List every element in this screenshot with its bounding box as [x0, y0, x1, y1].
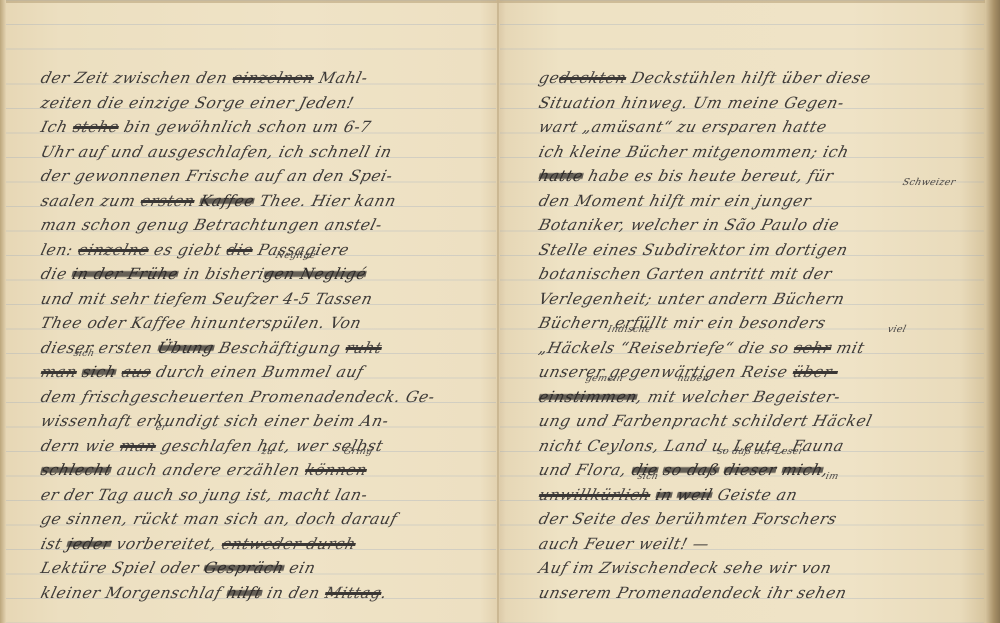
struck-word: sehr [792, 339, 833, 357]
line-text: auch Feuer weilt! — [537, 535, 712, 553]
struck-word: ruht [344, 339, 385, 357]
left-page-text: der Zeit zwischen den einzelnen Mahl-zei… [6, 66, 496, 605]
line-text: ung und Farbenpracht schildert Häckel [537, 412, 874, 430]
struck-word: ersten [139, 192, 197, 210]
interlinear-insertion: zu [260, 447, 274, 457]
handwritten-line: und mit sehr tiefem Seufzer 4-5 Tassen [6, 287, 502, 312]
handwritten-line: unserer gegenwärtigen Reise über- [500, 360, 990, 385]
line-text: in bisheri [176, 265, 266, 283]
line-text: ein [282, 559, 318, 577]
handwritten-line: wissenhaft erkundigt sich einer beim An- [6, 409, 502, 434]
struck-word: einzelnen [231, 69, 316, 87]
handwritten-line: man sich aus durch einen Bummel aufsich [6, 360, 502, 385]
scribbled-out-word: Kaffee [198, 192, 257, 210]
scribbled-out-word: weil [675, 486, 714, 504]
line-text: den Moment hilft mir ein junger [537, 192, 813, 210]
scribbled-out-word: schlecht [39, 461, 114, 479]
line-text: habe es bis heute bereut, für [581, 167, 836, 185]
right-page: gedeckten Deckstühlen hilft über dieseSi… [500, 0, 984, 623]
line-text: es giebt [147, 241, 230, 259]
left-page: der Zeit zwischen den einzelnen Mahl-zei… [6, 0, 496, 623]
line-text: in den [259, 584, 327, 602]
line-text: mit [829, 339, 867, 357]
struck-word: unwillkürlich [537, 486, 653, 504]
line-text: ge sinnen, rückt man sich an, doch darau… [39, 510, 399, 528]
interlinear-insertion: so daß der Leser [716, 447, 804, 457]
line-text: und Flora, [537, 461, 634, 479]
line-text: Geiste an [710, 486, 799, 504]
handwritten-line: ist jeder vorbereitet, entweder durch [6, 532, 502, 557]
struck-word: entweder durch [220, 535, 358, 553]
handwritten-line: ung und Farbenpracht schildert Häckel [500, 409, 990, 434]
line-text: und mit sehr tiefem Seufzer 4-5 Tassen [39, 290, 375, 308]
handwritten-line: botanischen Garten antritt mit der [500, 262, 990, 287]
struck-word: einzelne [76, 241, 151, 259]
struck-word: deckten [557, 69, 628, 87]
handwritten-line: unserem Promenadendeck ihr sehen [500, 581, 990, 606]
handwritten-line: saalen zum ersten Kaffee Thee. Hier kann [6, 189, 502, 214]
line-text: dem frischgescheuerten Promenadendeck. G… [39, 388, 437, 406]
handwritten-line: Uhr auf und ausgeschlafen, ich schnell i… [6, 140, 502, 165]
handwritten-line: er der Tag auch so jung ist, macht lan- [6, 483, 502, 508]
interlinear-insertion: gemein [584, 374, 624, 384]
line-text: ich kleine Bücher mitgenommen; ich [537, 143, 851, 161]
scribbled-out-word: in der Frühe [70, 265, 180, 283]
handwritten-line: Lektüre Spiel oder Gespräch ein [6, 556, 502, 581]
interlinear-insertion: sich [72, 349, 95, 359]
line-text: dieser ersten [39, 339, 160, 357]
struck-word: über- [791, 363, 840, 381]
struck-word: stehe [71, 118, 121, 136]
handwritten-line: kleiner Morgenschlaf hilft in den Mittag… [6, 581, 502, 606]
line-text: der Zeit zwischen den [39, 69, 235, 87]
line-text: Botaniker, welcher in São Paulo die [537, 216, 842, 234]
handwritten-line: Verlegenheit; unter andern Büchern [500, 287, 990, 312]
scribbled-out-word: hatte [537, 167, 585, 185]
handwritten-line: „Häckels “Reisebriefe“ die so sehr mitIn… [500, 336, 990, 361]
handwritten-line: schlecht auch andere erzählen könnenzuGr… [6, 458, 502, 483]
interlinear-insertion: sich [636, 472, 659, 482]
handwritten-line: wart „amüsant“ zu ersparen hatte [500, 115, 990, 140]
interlinear-insertion: haben [676, 374, 710, 384]
struck-word: können [303, 461, 369, 479]
interlinear-insertion: Indische [606, 325, 652, 335]
line-text: durch einen Bummel auf [149, 363, 366, 381]
line-text: Situation hinweg. Um meine Gegen- [537, 94, 846, 112]
handwritten-line: der Seite des berühmten Forschers [500, 507, 990, 532]
interlinear-insertion: Schweizer [901, 178, 956, 188]
interlinear-insertion: Negligé [274, 251, 316, 261]
scribbled-out-word: gen Negligé [262, 265, 369, 283]
handwritten-line: und Flora, die so daß dieser mich,so daß… [500, 458, 990, 483]
line-text: kleiner Morgenschlaf [39, 584, 229, 602]
handwritten-line: ich kleine Bücher mitgenommen; ich [500, 140, 990, 165]
scribbled-out-word: Übung [156, 339, 216, 357]
handwritten-line: dern wie man geschlafen hat, wer selbste… [6, 434, 502, 459]
line-text: wart „amüsant“ zu ersparen hatte [537, 118, 829, 136]
line-text: er der Tag auch so jung ist, macht lan- [39, 486, 370, 504]
line-text: vorbereitet, [109, 535, 224, 553]
handwritten-line: unwillkürlich in weil Geiste ansichim [500, 483, 990, 508]
struck-word: Mittag [323, 584, 384, 602]
line-text: Uhr auf und ausgeschlafen, ich schnell i… [39, 143, 394, 161]
line-text: Beschäftigung [212, 339, 349, 357]
handwritten-line: Thee oder Kaffee hinunterspülen. Von [6, 311, 502, 336]
handwritten-line: Stelle eines Subdirektor im dortigen [500, 238, 990, 263]
line-text: Lektüre Spiel oder [39, 559, 207, 577]
interlinear-insertion: viel [886, 325, 907, 335]
handwritten-line: dem frischgescheuerten Promenadendeck. G… [6, 385, 502, 410]
scribbled-out-word: dieser [722, 461, 779, 479]
line-text: zeiten die einzige Sorge einer Jeden! [39, 94, 356, 112]
handwritten-line: ge sinnen, rückt man sich an, doch darau… [6, 507, 502, 532]
line-text: auch andere erzählen [109, 461, 307, 479]
line-text: unserem Promenadendeck ihr sehen [537, 584, 849, 602]
line-text: „Häckels [537, 339, 623, 357]
line-text: len: [39, 241, 81, 259]
line-text: , mit welcher Begeister- [635, 388, 843, 406]
line-text: Thee. Hier kann [252, 192, 398, 210]
scribbled-out-word: mich [780, 461, 825, 479]
line-text: dern wie [39, 437, 123, 455]
right-page-text: gedeckten Deckstühlen hilft über dieseSi… [500, 66, 984, 605]
line-text: Verlegenheit; unter andern Büchern [537, 290, 847, 308]
scribbled-out-word: so daß [661, 461, 721, 479]
interlinear-insertion: er [154, 423, 167, 433]
line-text: Auf im Zwischendeck sehe wir von [537, 559, 834, 577]
handwritten-line: auch Feuer weilt! — [500, 532, 990, 557]
line-text: Mahl- [312, 69, 370, 87]
scribbled-out-word: sich [80, 363, 118, 381]
line-text: man schon genug Betrachtungen anstel- [39, 216, 384, 234]
handwritten-line: die in der Frühe in bisherigen NegligéNe… [6, 262, 502, 287]
handwritten-line: man schon genug Betrachtungen anstel- [6, 213, 502, 238]
line-text: unserer gegenwärtigen Reise [537, 363, 795, 381]
handwritten-line: zeiten die einzige Sorge einer Jeden! [6, 91, 502, 116]
scribbled-out-word: hilft [225, 584, 264, 602]
line-text: Ich [39, 118, 76, 136]
line-text: der gewonnenen Frische auf an den Spei- [39, 167, 395, 185]
handwritten-line: Situation hinweg. Um meine Gegen- [500, 91, 990, 116]
line-text: Büchern erfüllt mir ein besonders [537, 314, 828, 332]
handwritten-line: Auf im Zwischendeck sehe wir von [500, 556, 990, 581]
interlinear-insertion: im [824, 472, 839, 482]
line-text: “Reisebriefe“ die so [618, 339, 796, 357]
line-text: Stelle eines Subdirektor im dortigen [537, 241, 850, 259]
interlinear-insertion: Gring [342, 447, 373, 457]
handwritten-line: Büchern erfüllt mir ein besonders [500, 311, 990, 336]
handwritten-line: der gewonnenen Frische auf an den Spei- [6, 164, 502, 189]
handwritten-line: den Moment hilft mir ein jungerSchweizer [500, 189, 990, 214]
handwritten-line: gedeckten Deckstühlen hilft über diese [500, 66, 990, 91]
handwritten-line: der Zeit zwischen den einzelnen Mahl- [6, 66, 502, 91]
struck-word: man [39, 363, 79, 381]
notebook-spread: der Zeit zwischen den einzelnen Mahl-zei… [0, 0, 1000, 623]
scribbled-out-word: Gespräch [202, 559, 286, 577]
line-text: der Seite des berühmten Forschers [537, 510, 839, 528]
line-text: botanischen Garten antritt mit der [537, 265, 834, 283]
scribbled-out-word: jeder [65, 535, 113, 553]
struck-word: man [118, 437, 158, 455]
handwritten-line: Botaniker, welcher in São Paulo die [500, 213, 990, 238]
line-text: saalen zum [39, 192, 143, 210]
line-text: Thee oder Kaffee hinunterspülen. Von [39, 314, 364, 332]
handwritten-line: einstimmen, mit welcher Begeister-gemein… [500, 385, 990, 410]
line-text: bin gewöhnlich schon um 6-7 [117, 118, 374, 136]
line-text: Deckstühlen hilft über diese [624, 69, 873, 87]
handwritten-line: len: einzelne es giebt die Passagiere [6, 238, 502, 263]
line-text: wissenhaft erkundigt sich einer beim An- [39, 412, 391, 430]
handwritten-line: Ich stehe bin gewöhnlich schon um 6-7 [6, 115, 502, 140]
scribbled-out-word: einstimmen [537, 388, 639, 406]
